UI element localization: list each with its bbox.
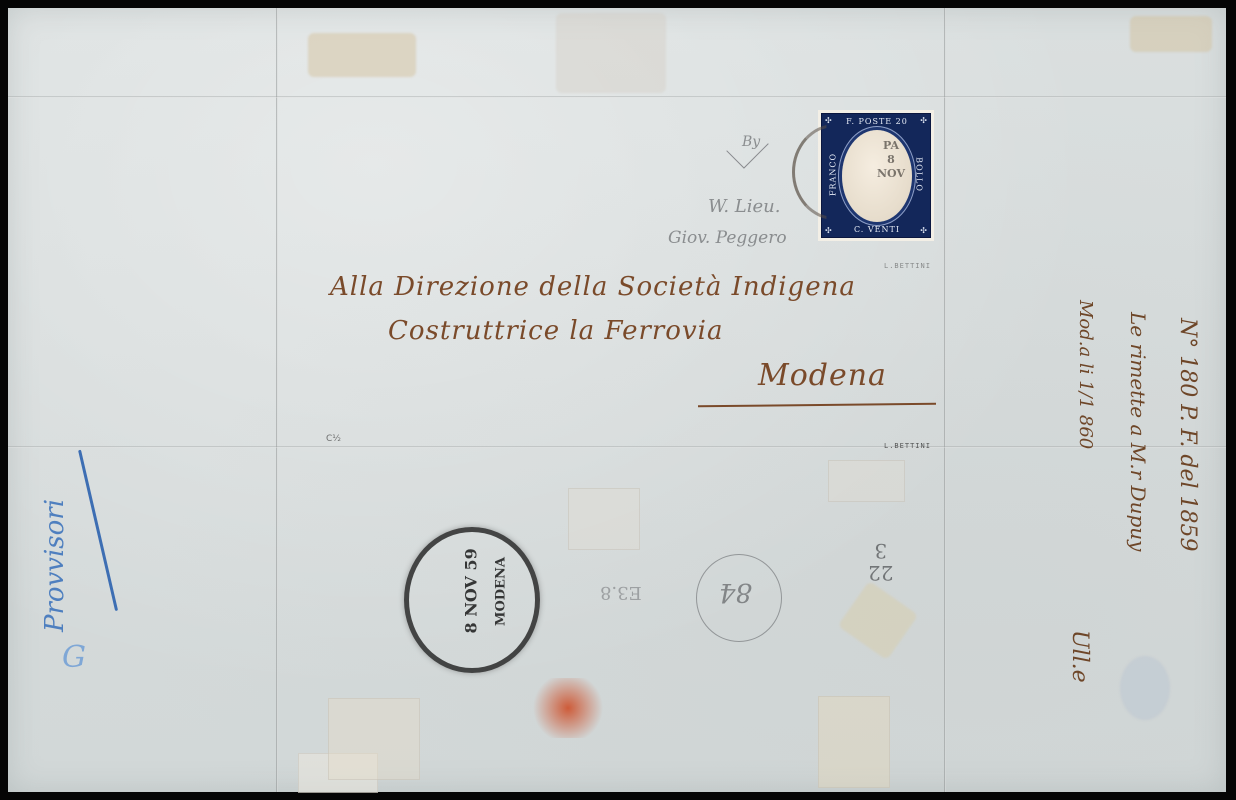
stamp-corner-ornament-icon: ✣ bbox=[825, 116, 832, 125]
postmark-city: MODENA bbox=[494, 542, 509, 642]
stain bbox=[308, 33, 416, 77]
pencil-number-text: 22 bbox=[868, 562, 893, 584]
pencil-circled-number: 84 bbox=[719, 577, 752, 607]
small-mark: C½ bbox=[326, 434, 341, 444]
tape bbox=[828, 460, 905, 502]
address-line-1: Alla Direzione della Società Indigena bbox=[330, 272, 856, 302]
stamp-corner-ornament-icon: ✣ bbox=[825, 226, 832, 235]
address-city: Modena bbox=[758, 358, 887, 393]
stamp-corner-ornament-icon: ✣ bbox=[920, 116, 927, 125]
circular-postmark: 8 NOV 59 MODENA bbox=[404, 527, 540, 673]
cancel-text: NOV bbox=[856, 167, 926, 181]
stamp-corner-ornament-icon: ✣ bbox=[920, 226, 927, 235]
blue-crayon-note: Provvisori bbox=[40, 499, 70, 632]
tape bbox=[818, 696, 890, 788]
stain bbox=[1120, 656, 1170, 720]
pencil-number: 22 3 bbox=[868, 540, 893, 584]
stain bbox=[556, 13, 666, 93]
pencil-note: Giov. Peggero bbox=[668, 228, 787, 248]
cancel-text: 8 bbox=[856, 153, 926, 167]
fold-line bbox=[8, 96, 1226, 98]
docket-line-2: Le rimette a M.r Dupuy bbox=[1126, 312, 1150, 551]
wax-seal-remnant bbox=[528, 678, 608, 738]
docket-line-4: Ull.e bbox=[1067, 630, 1092, 683]
postmark-date: 8 NOV 59 bbox=[462, 554, 481, 634]
address-line-2: Costruttrice la Ferrovia bbox=[388, 316, 723, 346]
stamp-top-text: F. POSTE 20 bbox=[832, 117, 922, 126]
pencil-number-text: 3 bbox=[868, 540, 893, 562]
fold-line bbox=[276, 8, 278, 792]
stamp-bottom-text: C. VENTI bbox=[832, 225, 922, 234]
stain bbox=[1130, 16, 1212, 52]
fold-line bbox=[944, 8, 946, 792]
fold-line bbox=[8, 446, 1226, 448]
pencil-arrow-note: By bbox=[742, 134, 760, 150]
printer-mark: L.BETTINI bbox=[884, 442, 931, 450]
cancel-text: PA bbox=[856, 139, 926, 153]
stamp-left-text: FRANCO bbox=[829, 140, 838, 210]
printer-mark: L.BETTINI bbox=[884, 262, 931, 270]
docket-line-3: Mod.a li 1/1 860 bbox=[1075, 300, 1096, 449]
blue-crayon-note: G bbox=[62, 640, 86, 675]
stamp-frame: F. POSTE 20 FRANCO BOLLO C. VENTI ✣ ✣ ✣ … bbox=[821, 113, 931, 238]
postage-stamp: F. POSTE 20 FRANCO BOLLO C. VENTI ✣ ✣ ✣ … bbox=[821, 113, 931, 238]
stain bbox=[838, 581, 919, 660]
stamp-cancellation: PA 8 NOV bbox=[856, 139, 926, 209]
pencil-circle: 84 bbox=[696, 554, 782, 642]
pencil-note: W. Lieu. bbox=[708, 196, 780, 217]
letter-sheet bbox=[8, 8, 1226, 792]
docket-line-1: N° 180 P. F. del 1859 bbox=[1175, 318, 1200, 552]
tape bbox=[328, 698, 420, 780]
pencil-number: E3.8 bbox=[600, 582, 642, 603]
tape bbox=[568, 488, 640, 550]
